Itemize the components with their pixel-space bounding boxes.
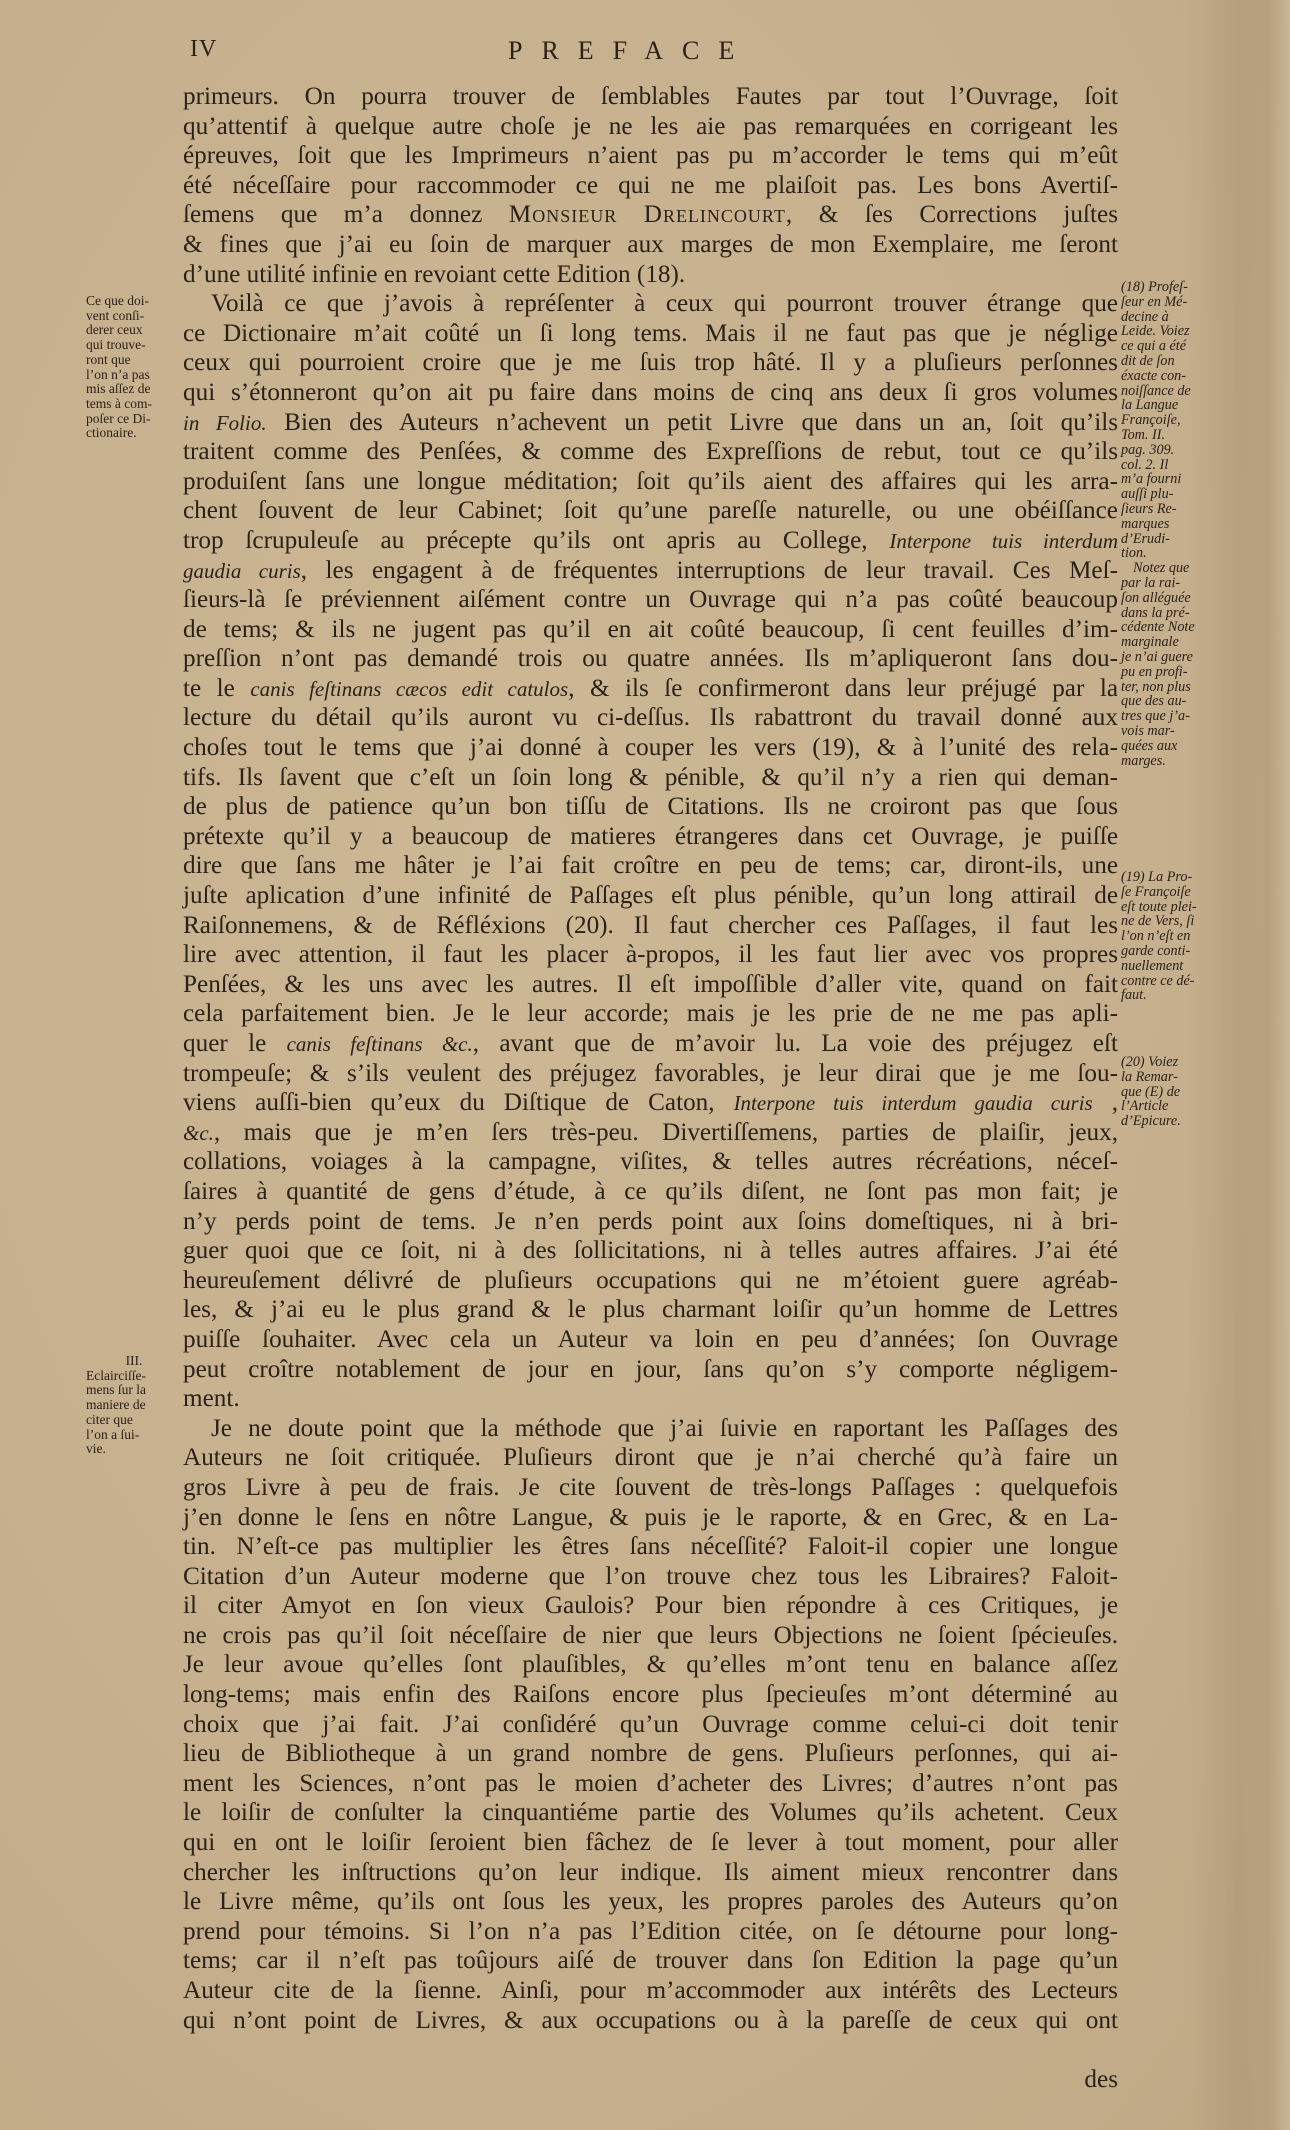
- text-line: choix que j’ai fait. J’ai conſidéré qu’u…: [183, 1710, 1118, 1740]
- text-line: les, & j’ai eu le plus grand & le plus c…: [183, 1295, 1118, 1325]
- text-line: ment.: [183, 1384, 1118, 1414]
- text-line: ſemens que m’a donnez Monsieur Drelincou…: [183, 200, 1118, 230]
- left-margin-note-1: Ce que doi- vent conſi- derer ceux qui t…: [86, 294, 182, 441]
- right-margin-note-19: (19) La Pro- ſe Françoiſe eſt toute plei…: [1121, 870, 1231, 1003]
- text-line: Je leur avoue qu’elles ſont plauſibles, …: [183, 1650, 1118, 1680]
- text-line: tems; car il n’eſt pas toûjours aiſé de …: [183, 1946, 1118, 1976]
- text-line: trop ſcrupuleuſe au précepte qu’ils ont …: [183, 526, 1118, 556]
- text-line: prétexte qu’il y a beaucoup de matieres …: [183, 822, 1118, 852]
- text-line: qu’attentif à quelque autre choſe je ne …: [183, 112, 1118, 142]
- text-line: juſte aplication d’une infinité de Paſſa…: [183, 881, 1118, 911]
- latin-gaudia-curis: gaudia curis: [183, 559, 301, 583]
- text-line: le Livre même, qu’ils ont ſous les yeux,…: [183, 1887, 1118, 1917]
- text-line: gros Livre à peu de frais. Je cite ſouve…: [183, 1473, 1118, 1503]
- left-margin-note-2: III. Eclairciſſe- mens ſur la maniere de…: [86, 1354, 182, 1457]
- latin-canis-short: canis feſtinans &c.: [287, 1032, 473, 1056]
- text-line: Citation d’un Auteur moderne que l’on tr…: [183, 1562, 1118, 1592]
- text-line: ne crois pas qu’il ſoit néceſſaire de ni…: [183, 1621, 1118, 1651]
- text-line: in Folio. Bien des Auteurs n’achevent un…: [183, 408, 1118, 438]
- text-line: peut croître notablement de jour en jour…: [183, 1355, 1118, 1385]
- text-line: ſieurs-là ſe préviennent aiſément contre…: [183, 585, 1118, 615]
- text-line: heureuſement délivré de pluſieurs occupa…: [183, 1266, 1118, 1296]
- text-line: Auteurs ne ſoit critiquée. Pluſieurs dir…: [183, 1443, 1118, 1473]
- text-line: tifs. Ils ſavent que c’eſt un ſoin long …: [183, 763, 1118, 793]
- text-line: collations, voiages à la campagne, viſit…: [183, 1147, 1118, 1177]
- text-line: guer quoi que ce ſoit, ni à des ſollicit…: [183, 1236, 1118, 1266]
- text-line: qui en ont le loiſir ſeroient bien fâche…: [183, 1828, 1118, 1858]
- text-line: te le canis feſtinans cæcos edit catulos…: [183, 674, 1118, 704]
- latin-interpone: Interpone tuis interdum: [889, 529, 1118, 553]
- main-text-column: primeurs. On pourra trouver de ſemblable…: [183, 82, 1118, 2094]
- latin-etc: &c.: [183, 1121, 214, 1145]
- text-line: produiſent ſans une longue méditation; ſ…: [183, 467, 1118, 497]
- text-line: d’une utilité infinie en revoiant cette …: [183, 260, 1118, 290]
- text-line: &c., mais que je m’en ſers très-peu. Div…: [183, 1118, 1118, 1148]
- text-line: Penſées, & les uns avec les autres. Il e…: [183, 970, 1118, 1000]
- text-line: qui n’ont point de Livres, & aux occupat…: [183, 2006, 1118, 2036]
- text-line: choſes tout le tems que j’ai donné à cou…: [183, 733, 1118, 763]
- latin-canis: canis feſtinans cæcos edit catulos: [250, 677, 568, 701]
- text-line: qui s’étonneront qu’on ait pu faire dans…: [183, 378, 1118, 408]
- right-margin-note-20: (20) Voiez la Remar- que (E) de l’Articl…: [1121, 1055, 1231, 1129]
- page-edge-shadow: [1238, 0, 1290, 2130]
- text-line: quer le canis feſtinans &c., avant que d…: [183, 1029, 1118, 1059]
- name-monsieur: Monsieur: [509, 201, 617, 228]
- text-line: ment les Sciences, n’ont pas le moien d’…: [183, 1769, 1118, 1799]
- paragraph-start: Je ne doute point que la méthode que j’a…: [183, 1414, 1118, 1444]
- text-line: le loiſir de conſulter la cinquantiéme p…: [183, 1798, 1118, 1828]
- text-line: il citer Amyot en ſon vieux Gaulois? Pou…: [183, 1591, 1118, 1621]
- text-line: ceux qui pourroient croire que je me ſui…: [183, 348, 1118, 378]
- text-line: puiſſe ſouhaiter. Avec cela un Auteur va…: [183, 1325, 1118, 1355]
- book-page: IV PREFACE primeurs. On pourra trouver d…: [0, 0, 1290, 2130]
- section-number: III.: [86, 1354, 182, 1369]
- text-line: lieu de Bibliotheque à un grand nombre d…: [183, 1739, 1118, 1769]
- paragraph-start: Voilà ce que j’avois à repréſenter à ceu…: [183, 289, 1118, 319]
- text-line: & fines que j’ai eu ſoin de marquer aux …: [183, 230, 1118, 260]
- text-line: tin. N’eſt-ce pas multiplier les êtres ſ…: [183, 1532, 1118, 1562]
- text-line: long-tems; mais enfin des Raiſons encore…: [183, 1680, 1118, 1710]
- text-line: Raiſonnemens, & de Réfléxions (20). Il f…: [183, 911, 1118, 941]
- text-line: dire que ſans me hâter je l’ai fait croî…: [183, 851, 1118, 881]
- text-line: [183, 2035, 1118, 2065]
- right-margin-note-18: (18) Profeſ- ſeur en Mé- decine à Leide.…: [1121, 280, 1231, 768]
- name-drelincourt: Drelincourt: [644, 201, 786, 228]
- text-line: été néceſſaire pour raccommoder ce qui n…: [183, 171, 1118, 201]
- text-line: prend pour témoins. Si l’on n’a pas l’Ed…: [183, 1917, 1118, 1947]
- text-line: preſſion n’ont pas demandé trois ou quat…: [183, 644, 1118, 674]
- page-number: IV: [190, 36, 217, 63]
- text-line: trompeuſe; & s’ils veulent des préjugez …: [183, 1059, 1118, 1089]
- text-line: Auteur cite de la ſienne. Ainſi, pour m’…: [183, 1976, 1118, 2006]
- text-line: j’en donne le ſens en nôtre Langue, & pu…: [183, 1503, 1118, 1533]
- text-line: lecture du détail qu’ils auront vu ci-de…: [183, 703, 1118, 733]
- text-line: lire avec attention, il faut les placer …: [183, 940, 1118, 970]
- text-line: ce Dictionaire m’ait coûté un ſi long te…: [183, 319, 1118, 349]
- running-title: PREFACE: [508, 36, 753, 66]
- text-line: cela parfaitement bien. Je le leur accor…: [183, 999, 1118, 1029]
- running-head: IV PREFACE: [190, 36, 1080, 72]
- text-line: épreuves, ſoit que les Imprimeurs n’aien…: [183, 141, 1118, 171]
- latin-in-folio: in Folio.: [183, 411, 267, 435]
- text-line: chercher les inſtructions qu’on leur ind…: [183, 1858, 1118, 1888]
- catchword: des: [183, 2065, 1118, 2095]
- text-line: traitent comme des Penſées, & comme des …: [183, 437, 1118, 467]
- text-line: viens auſſi-bien qu’eux du Diſtique de C…: [183, 1088, 1118, 1118]
- text-line: primeurs. On pourra trouver de ſemblable…: [183, 82, 1118, 112]
- text-line: chent ſouvent de leur Cabinet; ſoit qu’u…: [183, 496, 1118, 526]
- text-line: de tems; & ils ne jugent pas qu’il en ai…: [183, 615, 1118, 645]
- text-line: n’y perds point de tems. Je n’en perds p…: [183, 1207, 1118, 1237]
- text-line: de plus de patience qu’un bon tiſſu de C…: [183, 792, 1118, 822]
- latin-interpone-full: Interpone tuis interdum gaudia curis: [734, 1091, 1093, 1115]
- text-line: gaudia curis, les engagent à de fréquent…: [183, 556, 1118, 586]
- text-line: ſaires à quantité de gens d’étude, à ce …: [183, 1177, 1118, 1207]
